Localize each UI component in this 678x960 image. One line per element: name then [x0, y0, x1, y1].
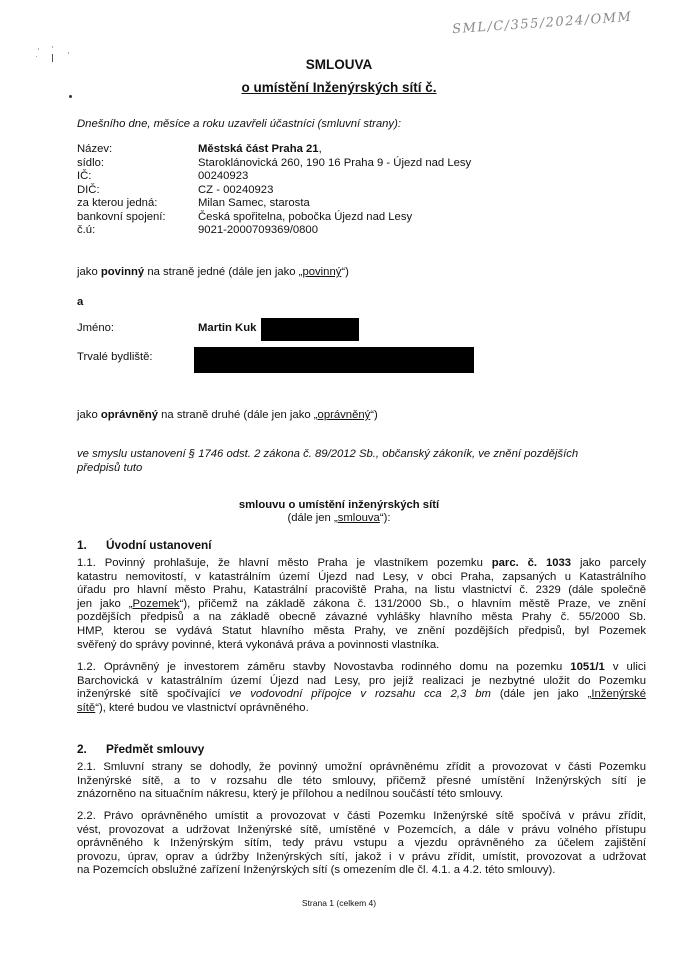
- field-label: č.ú:: [77, 224, 95, 236]
- paragraph-line: Barchovická v katastrálním území Újezd n…: [77, 675, 646, 689]
- paragraph-line: na Pozemcích obslužné zařízení Inženýrsk…: [77, 864, 646, 878]
- redacted-address: [194, 347, 474, 373]
- paragraph-line: 1.2. Oprávněný je investorem záměru stav…: [77, 661, 646, 675]
- paragraph-line: jen jako „Pozemek“), přičemž na základě …: [77, 598, 646, 612]
- field-label: sídlo:: [77, 157, 104, 169]
- paragraph-line: oprávněného k Inženýrským sítím, tedy pr…: [77, 837, 646, 851]
- field-label: za kterou jedná:: [77, 197, 157, 209]
- document-subtitle: o umístění Inženýrských sítí č.: [0, 80, 678, 95]
- document-title: SMLOUVA: [0, 57, 678, 72]
- paragraph-line: provozu, úprav, oprav a údržby Inženýrsk…: [77, 851, 646, 865]
- party2-name: Martin Kuk: [198, 322, 256, 334]
- intro-text: Dnešního dne, měsíce a roku uzavřeli úča…: [77, 118, 401, 130]
- party1-name: Městská část Praha 21: [198, 143, 319, 155]
- paragraph-line: 2.1. Smluvní strany se dohodly, že povin…: [77, 761, 646, 775]
- party2-name-label: Jméno:: [77, 322, 114, 334]
- field-label: bankovní spojení:: [77, 211, 166, 223]
- legal-basis: ve smyslu ustanovení § 1746 odst. 2 záko…: [77, 447, 578, 475]
- conjunction-and: a: [77, 296, 83, 308]
- page-footer: Strana 1 (celkem 4): [0, 898, 678, 908]
- paragraph-line: sítě“), které budou ve vlastnictví opráv…: [77, 702, 646, 716]
- section-2-heading: 2.Předmět smlouvy: [77, 742, 204, 756]
- paragraph-line: katastru nemovitostí, v katastrálním úze…: [77, 571, 646, 585]
- paragraph-line: znázorněno na situačním nákresu, který j…: [77, 788, 646, 802]
- contract-name: smlouvu o umístění inženýrských sítí: [0, 499, 678, 511]
- field-value: 00240923: [198, 170, 248, 182]
- paragraph-line: vést, provozovat a udržovat Inženýrské s…: [77, 824, 646, 838]
- field-value: Milan Samec, starosta: [198, 197, 310, 209]
- clause-1-1: 1.1. Povinný prohlašuje, že hlavní město…: [77, 557, 646, 652]
- paragraph-line: inženýrské sítě spočívající ve vodovodní…: [77, 688, 646, 702]
- paragraph-line: 1.1. Povinný prohlašuje, že hlavní město…: [77, 557, 646, 571]
- handwritten-reference-number: SML/C/355/2024/OMM: [452, 10, 633, 38]
- scan-dot: [69, 95, 72, 98]
- field-value: 9021-2000709369/0800: [198, 224, 318, 236]
- field-label: IČ:: [77, 170, 91, 182]
- paragraph-line: úřadu pro hlavní město Prahu, Katastráln…: [77, 584, 646, 598]
- clause-1-2: 1.2. Oprávněný je investorem záměru stav…: [77, 661, 646, 715]
- field-value: Česká spořitelna, pobočka Újezd nad Lesy: [198, 211, 412, 223]
- party2-role: jako oprávněný na straně druhé (dále jen…: [77, 409, 378, 421]
- clause-2-2: 2.2. Právo oprávněného umístit a provozo…: [77, 810, 646, 878]
- field-value: CZ - 00240923: [198, 184, 273, 196]
- paragraph-line: pozdějších předpisů a na základě obecně …: [77, 611, 646, 625]
- paragraph-line: 2.2. Právo oprávněného umístit a provozo…: [77, 810, 646, 824]
- field-label: DIČ:: [77, 184, 100, 196]
- paragraph-line: svěřený do správy povinné, která vykonáv…: [77, 639, 646, 653]
- redacted-surname: [261, 318, 359, 341]
- field-label: Název:: [77, 143, 112, 155]
- contract-alias: (dále jen „smlouva“):: [0, 512, 678, 524]
- clause-2-1: 2.1. Smluvní strany se dohodly, že povin…: [77, 761, 646, 802]
- section-1-heading: 1.Úvodní ustanovení: [77, 538, 212, 552]
- paragraph-line: Inženýrské sítě, a to v rozsahu dle této…: [77, 775, 646, 789]
- party1-role: jako povinný na straně jedné (dále jen j…: [77, 266, 349, 278]
- field-value: Staroklánovická 260, 190 16 Praha 9 - Új…: [198, 157, 471, 169]
- party2-residence-label: Trvalé bydliště:: [77, 351, 153, 363]
- paragraph-line: HMP, kterou se vydává Statut hlavního mě…: [77, 625, 646, 639]
